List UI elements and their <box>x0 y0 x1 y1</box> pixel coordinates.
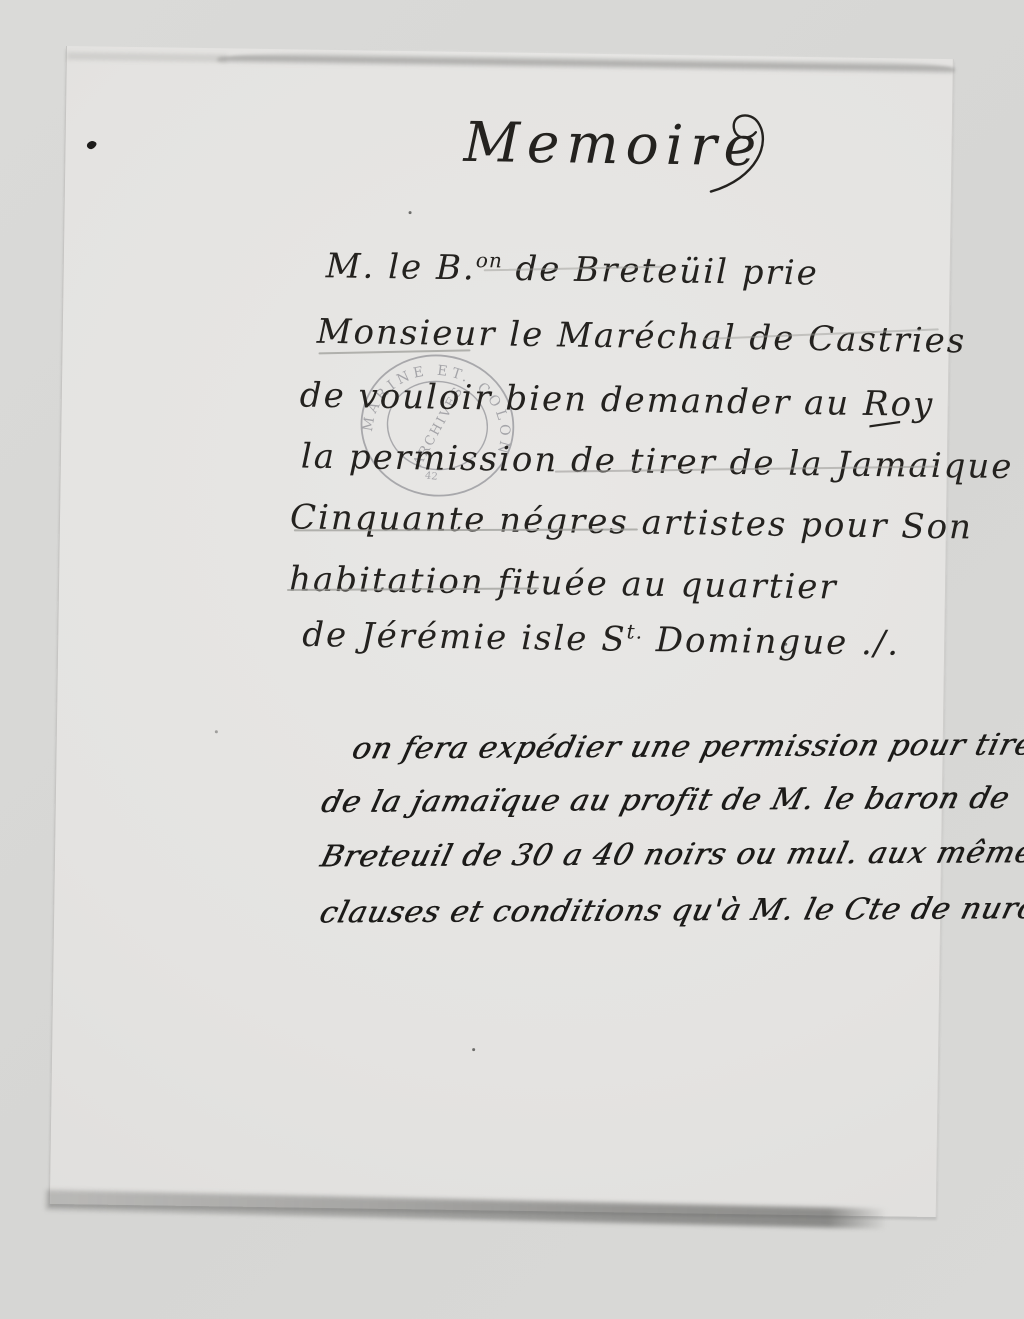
body-line-1: M. le B.on de Breteüil prie <box>325 246 819 294</box>
paper-bottom-shadow <box>46 1190 888 1229</box>
body-line-1-pre: M. le B. <box>325 246 476 288</box>
annotation-line-2: de la jamaïque au profit de M. le baron … <box>324 778 1008 823</box>
annotation-line-4: clauses et conditions qu'à M. le Cte de … <box>322 888 1024 934</box>
annotation-line-4-text: clauses et conditions qu'à M. le Cte de … <box>316 891 1024 930</box>
annotation-line-3-text: Breteuil de 30 a 40 noirs ou mul. aux mê… <box>317 835 1024 874</box>
paper-top-edge-shadow <box>67 52 227 62</box>
annotation-line-2-text: de la jamaïque au profit de M. le baron … <box>318 781 1014 820</box>
annotation-line-1-text: on fera expédier une permission pour tir… <box>349 727 1024 766</box>
annotation-line-1: on fera expédier une permission pour tir… <box>354 724 1024 769</box>
scanned-document: Memoire MARINE ET. COLONIES ARCHIVES 42 … <box>0 0 1024 1319</box>
ink-speck <box>472 1048 475 1051</box>
pen-dash: — <box>865 400 904 444</box>
ink-speck <box>409 211 412 214</box>
body-line-6: habitation fituée au quartier <box>289 559 838 607</box>
ink-blot <box>86 139 98 151</box>
body-line-5: Cinquante négres artistes pour Son <box>290 497 974 547</box>
body-line-1-post: de Breteüil prie <box>502 249 819 294</box>
title-flourish <box>705 108 784 201</box>
superscript-t: t. <box>626 619 643 643</box>
ink-speck <box>784 643 787 646</box>
annotation-line-3: Breteuil de 30 a 40 noirs ou mul. aux mê… <box>323 832 1024 878</box>
body-line-7-post: Domingue ./. <box>643 620 901 664</box>
ink-speck <box>215 730 218 733</box>
body-line-7-pre: de Jérémie isle S <box>302 615 627 660</box>
archives-stamp: MARINE ET. COLONIES ARCHIVES 42 <box>340 334 534 518</box>
paper-top-fold-shadow <box>217 49 955 74</box>
document-page: Memoire MARINE ET. COLONIES ARCHIVES 42 … <box>49 46 954 1217</box>
body-line-7: de Jérémie isle St. Domingue ./. <box>302 615 900 664</box>
